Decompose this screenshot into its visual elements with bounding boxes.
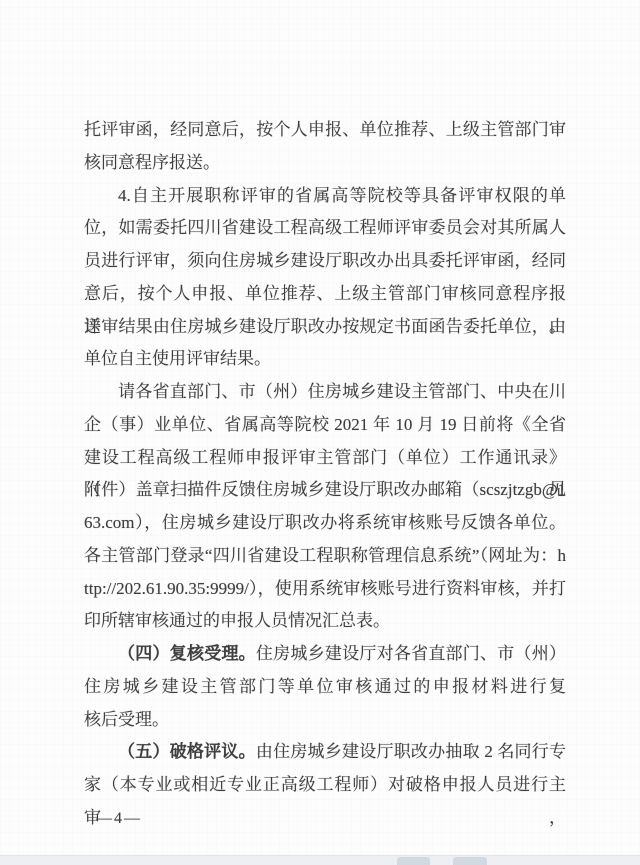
document-text-block: 托评审函，经同意后，按个人申报、单位推荐、上级主管部门审 核同意程序报送。 4.… (84, 114, 566, 802)
text-line: 员进行评审，须向住房城乡建设厅职改办出具委托评审函，经同 (84, 245, 566, 278)
text-line: 印所辖审核通过的申报人员情况汇总表。 (84, 605, 566, 638)
text-line: （五）破格评议。由住房城乡建设厅职改办抽取 2 名同行专 (84, 736, 566, 769)
text-line: ttp://202.61.90.35:9999/），使用系统审核账号进行资料审核… (84, 573, 566, 606)
bottom-toolbar-button-2[interactable] (453, 857, 487, 862)
page-number: —4— (96, 806, 142, 832)
text-line: 托评审函，经同意后，按个人申报、单位推荐、上级主管部门审 (84, 114, 566, 147)
text-line: 63.com），住房城乡建设厅职改办将系统审核账号反馈各单位。 (84, 507, 566, 540)
section-heading-exceptional-evaluation: （五）破格评议。 (118, 742, 256, 761)
text-line: 建设工程高级工程师申报评审主管部门（单位）工作通讯录》（见 (84, 442, 566, 475)
document-page: 托评审函，经同意后，按个人申报、单位推荐、上级主管部门审 核同意程序报送。 4.… (0, 0, 640, 855)
text-line: 评审结果由住房城乡建设厅职改办按规定书面函告委托单位，由 (84, 311, 566, 344)
text-line-segment: 由住房城乡建设厅职改办抽取 2 名同行专 (256, 742, 566, 761)
text-line: 核后受理。 (84, 704, 566, 737)
bottom-toolbar-button-1[interactable] (397, 857, 430, 862)
text-line: 企（事）业单位、省属高等院校 2021 年 10 月 19 日前将《全省 (84, 409, 566, 442)
section-heading-review-acceptance: （四）复核受理。 (118, 644, 256, 663)
text-line: 住房城乡建设主管部门等单位审核通过的申报材料进行复 (84, 671, 566, 704)
text-line: 位，如需委托四川省建设工程高级工程师评审委员会对其所属人 (84, 212, 566, 245)
text-line: 单位自主使用评审结果。 (84, 343, 566, 376)
text-line: 意后，按个人申报、单位推荐、上级主管部门审核同意程序报送。 (84, 278, 566, 311)
viewer-bottom-bar (0, 855, 640, 862)
text-line: 各主管部门登录“四川省建设工程职称管理信息系统”（网址为：h (84, 540, 566, 573)
text-line: 4.自主开展职称评审的省属高等院校等具备评审权限的单 (84, 180, 566, 213)
text-line: 家（本专业或相近专业正高级工程师）对破格申报人员进行主审， (84, 769, 566, 802)
text-line: （四）复核受理。住房城乡建设厅对各省直部门、市（州） (84, 638, 566, 671)
text-line: 附件）盖章扫描件反馈住房城乡建设厅职改办邮箱（scszjtzgb@1 (84, 474, 566, 507)
text-line: 核同意程序报送。 (84, 147, 566, 180)
text-line-segment: 住房城乡建设厅对各省直部门、市（州） (256, 644, 566, 663)
text-line: 请各省直部门、市（州）住房城乡建设主管部门、中央在川 (84, 376, 566, 409)
